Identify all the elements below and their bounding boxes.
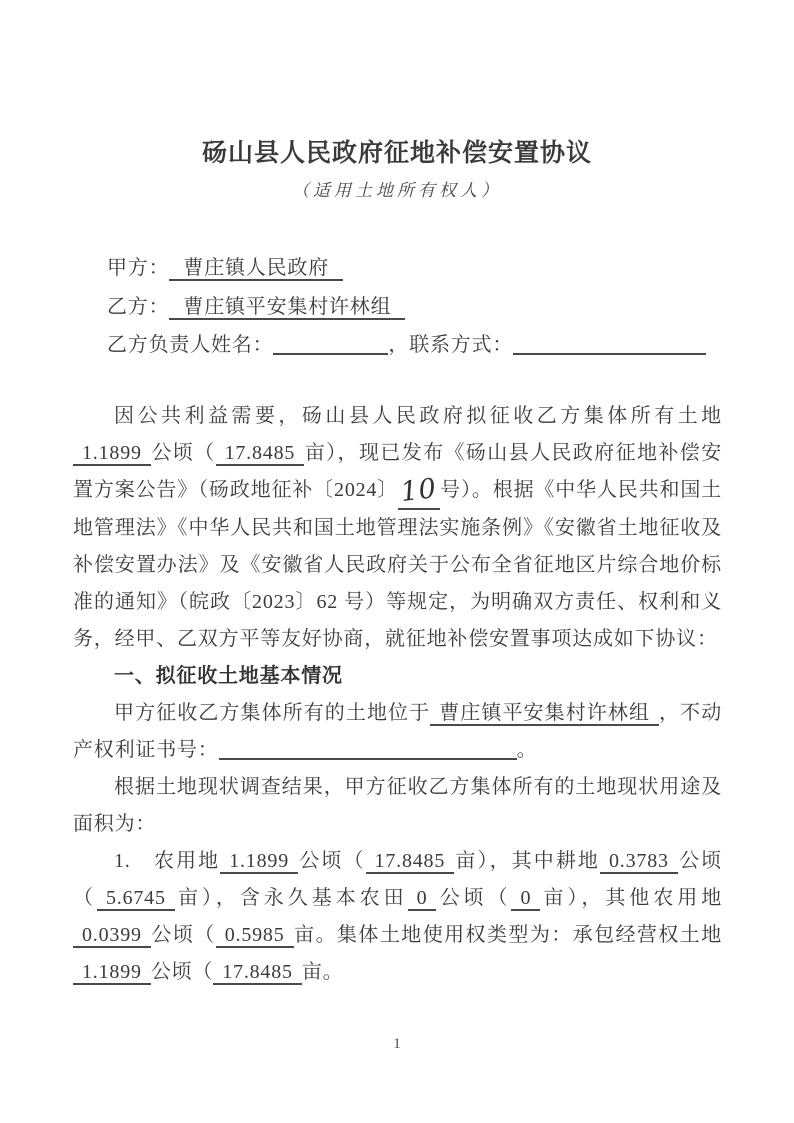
party-a-value: 曹庄镇人民政府 [169, 257, 343, 281]
body-text: 亩。 [302, 961, 344, 983]
filled-value: 0 [408, 887, 437, 911]
handwritten-number: 10 [398, 482, 440, 510]
party-a-line: 甲方：曹庄镇人民政府 [107, 249, 722, 288]
document-subtitle: （适用土地所有权人） [0, 179, 794, 203]
item-1-farmland-paragraph: 1. 农用地1.1899公顷（17.8485亩），其中耕地0.3783公顷（5.… [73, 843, 722, 991]
body-text: 公顷（ [151, 442, 216, 464]
body-text: 根据土地现状调查结果，甲方征收乙方集体所有的土地现状用途及面积为： [73, 776, 722, 835]
intro-paragraph: 因公共利益需要，砀山县人民政府拟征收乙方集体所有土地1.1899公顷（17.84… [73, 398, 722, 658]
body-text: 因公共利益需要，砀山县人民政府拟征收乙方集体所有土地 [114, 405, 722, 427]
handwritten-number-text: 10 [400, 477, 438, 503]
filled-value: 0.5985 [216, 924, 294, 948]
body-text: 。 [517, 739, 538, 761]
party-a-label: 甲方： [107, 257, 169, 279]
body-text: 公顷（ [151, 961, 213, 983]
document-body: 因公共利益需要，砀山县人民政府拟征收乙方集体所有土地1.1899公顷（17.84… [73, 398, 722, 991]
filled-value: 5.6745 [97, 887, 175, 911]
party-b-line: 乙方：曹庄镇平安集村许林组 [107, 288, 722, 327]
contact-name-label: 乙方负责人姓名： [107, 334, 273, 356]
filled-value: 0.0399 [73, 924, 151, 948]
body-text: 公顷（ [436, 887, 511, 909]
body-text: 亩。集体土地使用权类型为：承包经营权土地 [294, 924, 722, 946]
party-b-value: 曹庄镇平安集村许林组 [169, 296, 405, 320]
page-number: 1 [0, 1036, 794, 1053]
filled-value: 1.1899 [73, 961, 151, 985]
document-title: 砀山县人民政府征地补偿安置协议 [0, 0, 794, 168]
filled-value: 17.8485 [366, 850, 455, 874]
parties-block: 甲方：曹庄镇人民政府 乙方：曹庄镇平安集村许林组 乙方负责人姓名：，联系方式： [107, 249, 722, 365]
land-location-paragraph: 甲方征收乙方集体所有的土地位于曹庄镇平安集村许林组，不动产权利证书号：。 [73, 695, 722, 769]
body-text: 甲方征收乙方集体所有的土地位于 [114, 702, 430, 724]
contact-separator: ，联系方式： [388, 334, 513, 356]
filled-value: 1.1899 [220, 850, 298, 874]
party-b-label: 乙方： [107, 296, 169, 318]
body-text: 亩），含永久基本农田 [175, 887, 408, 909]
filled-value: 1.1899 [73, 442, 151, 466]
body-text: 公顷（ [298, 850, 366, 872]
body-text: 亩），其中耕地 [454, 850, 600, 872]
filled-value: 0.3783 [600, 850, 678, 874]
filled-value: 曹庄镇平安集村许林组 [430, 702, 659, 726]
contact-name-blank-field [273, 333, 388, 355]
survey-result-paragraph: 根据土地现状调查结果，甲方征收乙方集体所有的土地现状用途及面积为： [73, 769, 722, 843]
filled-value: 17.8485 [216, 442, 305, 466]
filled-value: 0 [511, 887, 540, 911]
contact-phone-blank-field [513, 333, 706, 355]
body-text: 公顷（ [151, 924, 216, 946]
blank-field [219, 738, 517, 760]
document-page: 砀山县人民政府征地补偿安置协议 （适用土地所有权人） 甲方：曹庄镇人民政府 乙方… [0, 0, 794, 1123]
section-1-heading: 一、拟征收土地基本情况 [73, 658, 722, 695]
party-b-contact-line: 乙方负责人姓名：，联系方式： [107, 326, 722, 365]
body-text: 亩），其他农用地 [540, 887, 722, 909]
filled-value: 17.8485 [213, 961, 302, 985]
body-text: 1. 农用地 [114, 850, 220, 872]
